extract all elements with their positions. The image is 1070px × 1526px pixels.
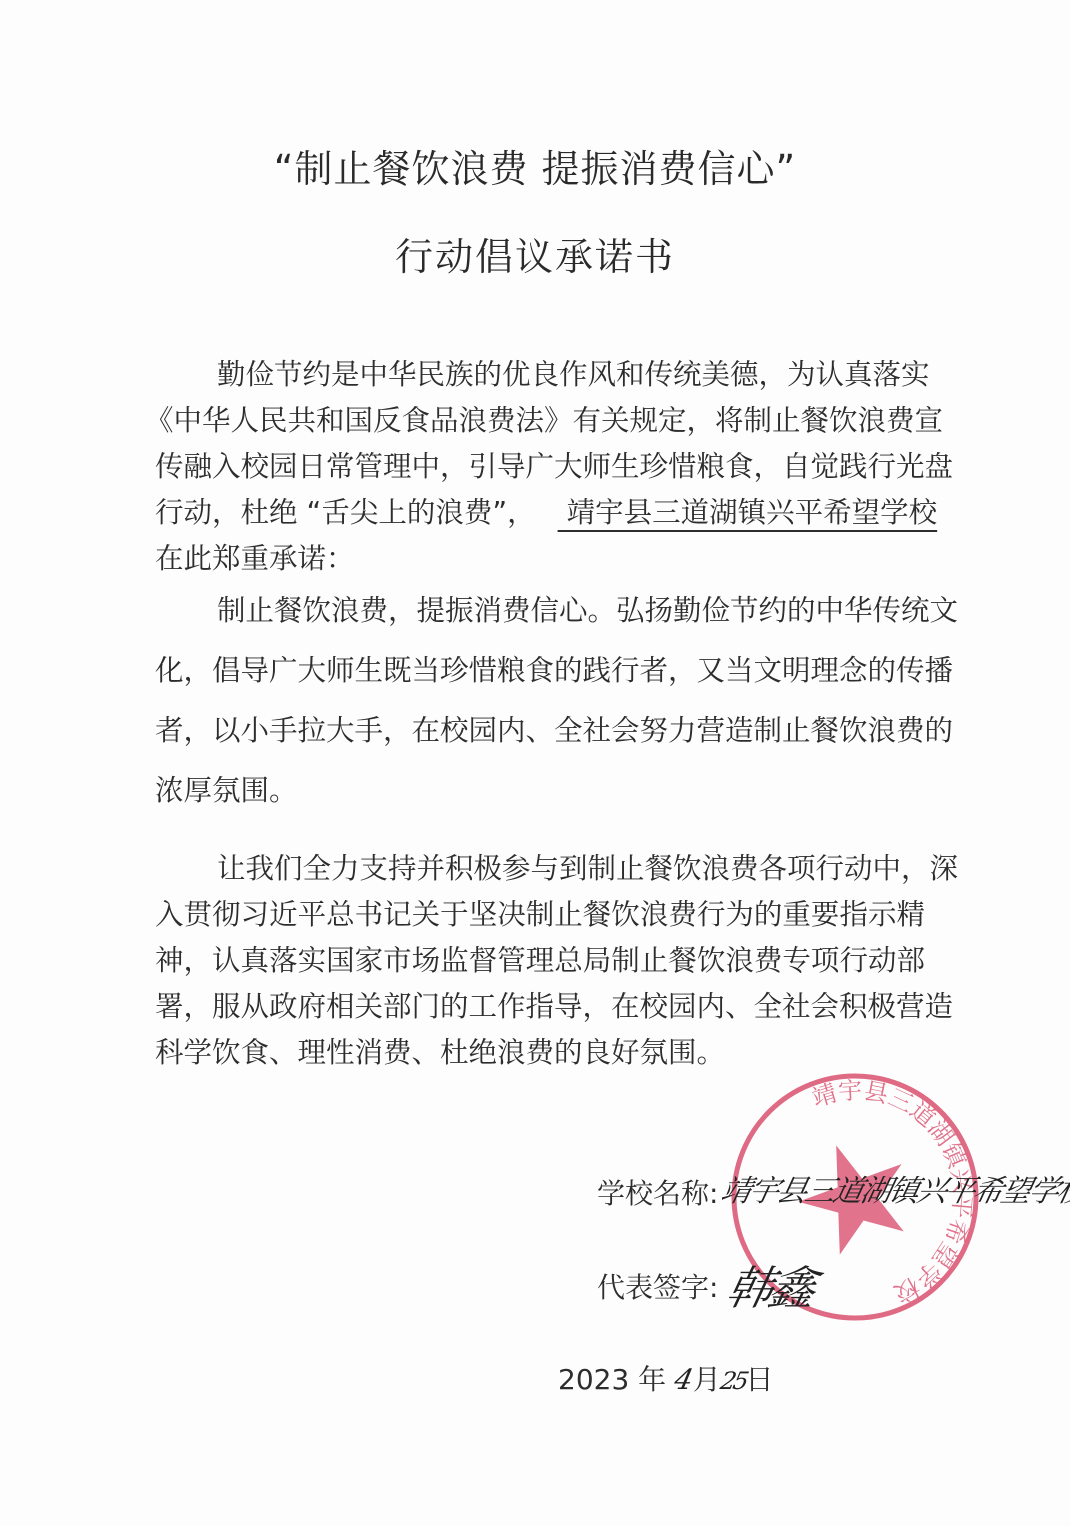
paragraph2-line2: 化，倡导广大师生既当珍惜粮食的践行者，又当文明理念的传播 <box>155 648 925 689</box>
date-day-handwritten: 25 <box>718 1367 748 1395</box>
date-year: 2023 年 <box>558 1363 666 1396</box>
representative-signature-handwritten: 韩鑫 <box>721 1252 819 1318</box>
paragraph1-line5: 在此郑重承诺： <box>155 536 925 577</box>
paragraph1-line4: 行动，杜绝 “舌尖上的浪费”， 靖宇县三道湖镇兴平希望学校 <box>155 490 925 531</box>
date-line: 2023 年 4月25日 <box>558 1358 773 1398</box>
paragraph1-line2: 《中华人民共和国反食品浪费法》有关规定，将制止餐饮浪费宣 <box>145 398 925 439</box>
representative-signature-label: 代表签字: <box>597 1266 718 1306</box>
school-name-label: 学校名称: <box>597 1172 718 1212</box>
date-month-label: 月 <box>693 1363 721 1396</box>
paragraph2-line3: 者，以小手拉大手，在校园内、全社会努力营造制止餐饮浪费的 <box>155 708 925 749</box>
school-name-underlined: 靖宇县三道湖镇兴平希望学校 <box>558 496 938 529</box>
paragraph1-line1: 勤俭节约是中华民族的优良作风和传统美德，为认真落实 <box>155 352 925 393</box>
school-name-handwritten: 靖宇县三道湖镇兴平希望学校 <box>717 1166 1070 1210</box>
paragraph2-line1: 制止餐饮浪费，提振消费信心。弘扬勤俭节约的中华传统文 <box>155 588 925 629</box>
date-day-label: 日 <box>745 1363 773 1396</box>
paragraph3-line4: 署，服从政府相关部门的工作指导，在校园内、全社会积极营造 <box>155 984 925 1025</box>
paragraph3-line5: 科学饮食、理性消费、杜绝浪费的良好氛围。 <box>155 1030 925 1071</box>
paragraph2-line4: 浓厚氛围。 <box>155 768 925 809</box>
paragraph1-line3: 传融入校园日常管理中，引导广大师生珍惜粮食，自觉践行光盘 <box>155 444 925 485</box>
paragraph3-line1: 让我们全力支持并积极参与到制止餐饮浪费各项行动中，深 <box>155 846 925 887</box>
paragraph1-line4-text: 行动，杜绝 “舌尖上的浪费”， <box>155 496 536 529</box>
paragraph3-line2: 入贯彻习近平总书记关于坚决制止餐饮浪费行为的重要指示精 <box>155 892 925 933</box>
document-title-line1: “制止餐饮浪费 提振消费信心” <box>0 138 1070 193</box>
paragraph3-line3: 神，认真落实国家市场监督管理总局制止餐饮浪费专项行动部 <box>155 938 925 979</box>
document-title-line2: 行动倡议承诺书 <box>0 226 1070 281</box>
